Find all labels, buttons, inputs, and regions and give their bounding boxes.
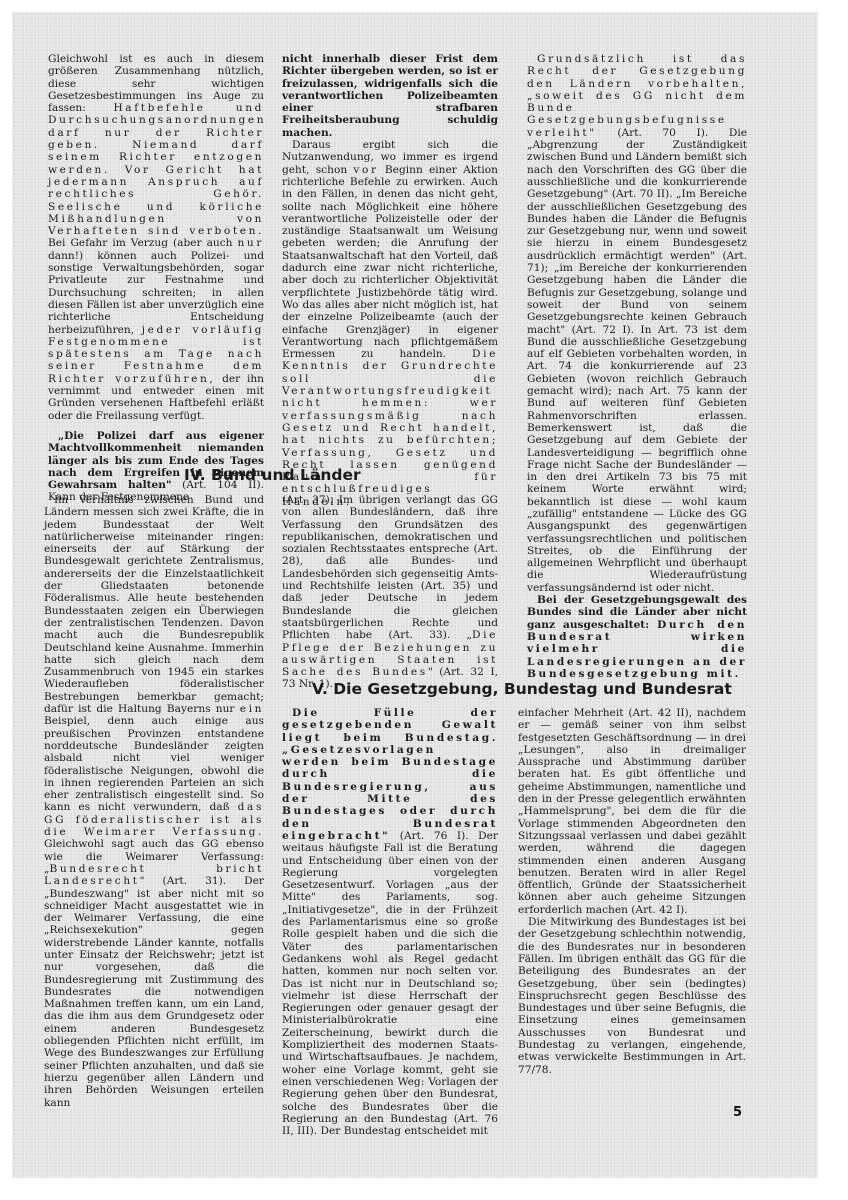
spaced-text: nur <box>237 237 264 249</box>
spaced-text: Haftbefehle und Durchsuchungsanordnungen… <box>48 102 266 237</box>
paragraph: Daraus ergibt sich die Nutzanwendung, wo… <box>282 139 498 508</box>
section5-column-2: Die Fülle der gesetzgebenden Gewalt lieg… <box>282 707 498 1137</box>
text: (Art. 76 I). Der weitaus häufigste Fall … <box>282 830 498 1137</box>
bold-spaced-text: Die Fülle der gesetzgebenden Gewalt lieg… <box>282 707 498 842</box>
top-column-3: Grundsätzlich ist das Recht der Gesetzge… <box>527 53 747 680</box>
spaced-text: vor <box>353 164 378 176</box>
spaced-text: ein <box>240 703 264 715</box>
top-column-2: nicht innerhalb dieser Frist dem Richter… <box>282 53 498 508</box>
text: " (Art. 31). Der „Bundeszwang" ist aber … <box>44 875 264 1108</box>
text: Beispiel, denn auch einige aus preußisch… <box>44 715 264 813</box>
bold-paragraph: nicht innerhalb dieser Frist dem Richter… <box>282 53 498 139</box>
section-heading-iv: IV. Bund und Länder <box>184 466 361 484</box>
page-number: 5 <box>733 1105 742 1120</box>
paragraph: (Art. 37). Im übrigen verlangt das GG vo… <box>282 494 498 691</box>
paragraph: Die Mitwirkung des Bundestages ist bei d… <box>518 916 746 1076</box>
text: (Art. 37). Im übrigen verlangt das GG vo… <box>282 494 498 641</box>
section5-column-3: einfacher Mehrheit (Art. 42 II), nachdem… <box>518 707 746 1076</box>
paragraph: Bei der Gesetzgebungsgewalt des Bundes s… <box>527 594 747 680</box>
paragraph: einfacher Mehrheit (Art. 42 II), nachdem… <box>518 707 746 916</box>
section4-column-2: (Art. 37). Im übrigen verlangt das GG vo… <box>282 494 498 691</box>
text: Bei Gefahr im Verzug (aber auch <box>48 237 237 249</box>
text: Im Verhältnis zwischen Bund und Ländern … <box>44 494 264 715</box>
section4-column-1: Im Verhältnis zwischen Bund und Ländern … <box>44 494 264 1109</box>
section-heading-v: V. Die Gesetzgebung, Bundestag und Bunde… <box>312 680 732 698</box>
paragraph: Im Verhältnis zwischen Bund und Ländern … <box>44 494 264 1109</box>
paragraph: Die Fülle der gesetzgebenden Gewalt lieg… <box>282 707 498 1137</box>
paragraph: Grundsätzlich ist das Recht der Gesetzge… <box>527 53 747 594</box>
text: Beginn einer Aktion richterliche Befehle… <box>282 164 498 360</box>
text: (Art. 70 I). Die „Abgrenzung der Zuständ… <box>527 127 747 594</box>
top-column-1: Gleichwohl ist es auch in diesem größere… <box>48 53 264 504</box>
paragraph: Gleichwohl ist es auch in diesem größere… <box>48 53 264 422</box>
